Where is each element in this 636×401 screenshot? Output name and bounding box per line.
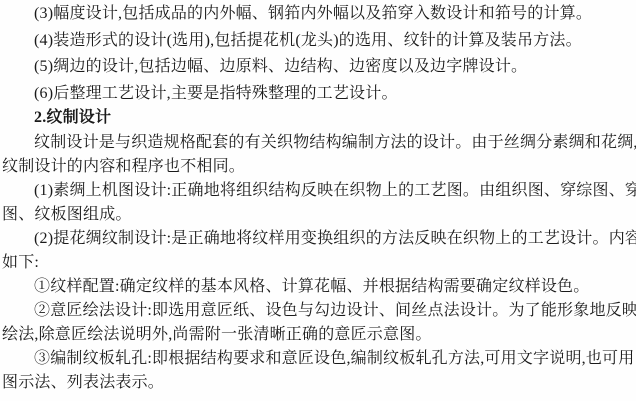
text-line: ①纹样配置:确定纹样的基本风格、计算花幅、并根据结构需要确定纹样设色。	[2, 275, 634, 299]
text-line: (1)素绸上机图设计:正确地将组织结构反映在织物上的工艺图。由组织图、穿综图、穿…	[2, 179, 634, 203]
text-line: 图、纹板图组成。	[2, 203, 634, 227]
text-line: 图示法、列表法表示。	[2, 371, 634, 395]
text-line: (5)绸边的设计,包括边幅、边原料、边结构、边密度以及边字牌设计。	[2, 54, 634, 81]
section-heading: 2.纹制设计	[2, 107, 634, 128]
text-line: 如下:	[2, 251, 634, 275]
text-line: ③编制纹板轧孔:即根据结构要求和意匠设色,编制纹板轧孔方法,可用文字说明,也可用	[2, 347, 634, 371]
text-line: (3)幅度设计,包括成品的内外幅、钢筘内外幅以及筘穿入数设计和筘号的计算。	[2, 1, 634, 28]
text-line: (4)装造形式的设计(选用),包括提花机(龙头)的选用、纹针的计算及装吊方法。	[2, 28, 634, 55]
text-line: (2)提花绸纹制设计:是正确地将纹样用变换组织的方法反映在织物上的工艺设计。内容	[2, 227, 634, 251]
text-line: 纹制设计的内容和程序也不相同。	[2, 155, 634, 179]
text-line: 绘法,除意匠绘法说明外,尚需附一张清晰正确的意匠示意图。	[2, 323, 634, 347]
text-line: ②意匠绘法设计:即选用意匠纸、设色与勾边设计、间丝点法设计。为了能形象地反映意匠	[2, 299, 634, 323]
text-line: (6)后整理工艺设计,主要是指特殊整理的工艺设计。	[2, 81, 634, 108]
text-line: 纹制设计是与织造规格配套的有关织物结构编制方法的设计。由于丝绸分素绸和花绸,故	[2, 131, 634, 155]
document-page: (3)幅度设计,包括成品的内外幅、钢筘内外幅以及筘穿入数设计和筘号的计算。(4)…	[0, 0, 636, 401]
